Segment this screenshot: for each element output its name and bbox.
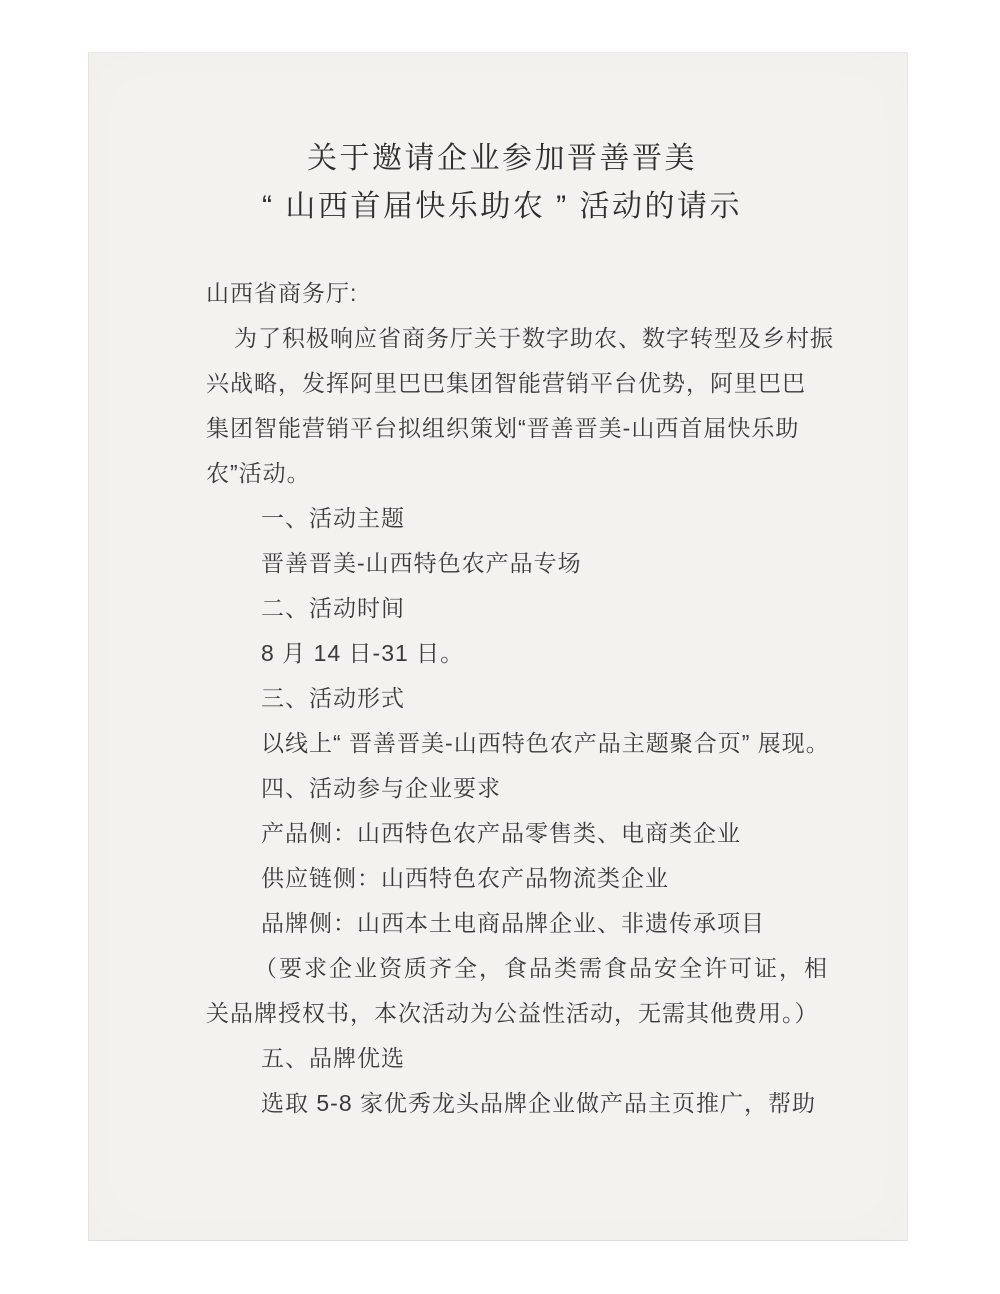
document-line: 农”活动。 bbox=[206, 451, 826, 496]
salutation-line: 山西省商务厅: bbox=[206, 271, 826, 316]
section-heading-4: 四、活动参与企业要求 bbox=[206, 766, 826, 811]
section-heading-3: 三、活动形式 bbox=[206, 676, 826, 721]
section-heading-2: 二、活动时间 bbox=[206, 586, 826, 631]
document-line: （要求企业资质齐全，食品类需食品安全许可证，相 bbox=[206, 946, 826, 991]
document-line: 兴战略，发挥阿里巴巴集团智能营销平台优势，阿里巴巴 bbox=[206, 361, 826, 406]
document-line: 产品侧：山西特色农产品零售类、电商类企业 bbox=[206, 811, 826, 856]
section-heading-1: 一、活动主题 bbox=[206, 496, 826, 541]
document-line: 关品牌授权书，本次活动为公益性活动，无需其他费用。） bbox=[206, 991, 826, 1036]
document-line: 8 月 14 日-31 日。 bbox=[206, 631, 826, 676]
document-line: 晋善晋美-山西特色农产品专场 bbox=[206, 541, 826, 586]
document-line: 品牌侧：山西本土电商品牌企业、非遗传承项目 bbox=[206, 901, 826, 946]
scanned-document-image: 关于邀请企业参加晋善晋美 “ 山西首届快乐助农 ” 活动的请示 山西省商务厅: … bbox=[0, 0, 1000, 1294]
document-line: 供应链侧：山西特色农产品物流类企业 bbox=[206, 856, 826, 901]
document-line: 以线上“ 晋善晋美-山西特色农产品主题聚合页” 展现。 bbox=[206, 721, 826, 766]
document-title-line1: 关于邀请企业参加晋善晋美 bbox=[199, 135, 805, 183]
document-page: 关于邀请企业参加晋善晋美 “ 山西首届快乐助农 ” 活动的请示 山西省商务厅: … bbox=[88, 52, 908, 1241]
document-body: 山西省商务厅: 为了积极响应省商务厅关于数字助农、数字转型及乡村振 兴战略，发挥… bbox=[206, 271, 826, 1126]
section-heading-5: 五、品牌优选 bbox=[206, 1036, 826, 1081]
document-title-line2: “ 山西首届快乐助农 ” 活动的请示 bbox=[199, 183, 805, 231]
document-title: 关于邀请企业参加晋善晋美 “ 山西首届快乐助农 ” 活动的请示 bbox=[199, 135, 805, 231]
document-line: 选取 5-8 家优秀龙头品牌企业做产品主页推广，帮助 bbox=[206, 1081, 826, 1126]
document-line: 集团智能营销平台拟组织策划“晋善晋美-山西首届快乐助 bbox=[206, 406, 826, 451]
document-line: 为了积极响应省商务厅关于数字助农、数字转型及乡村振 bbox=[206, 316, 826, 361]
